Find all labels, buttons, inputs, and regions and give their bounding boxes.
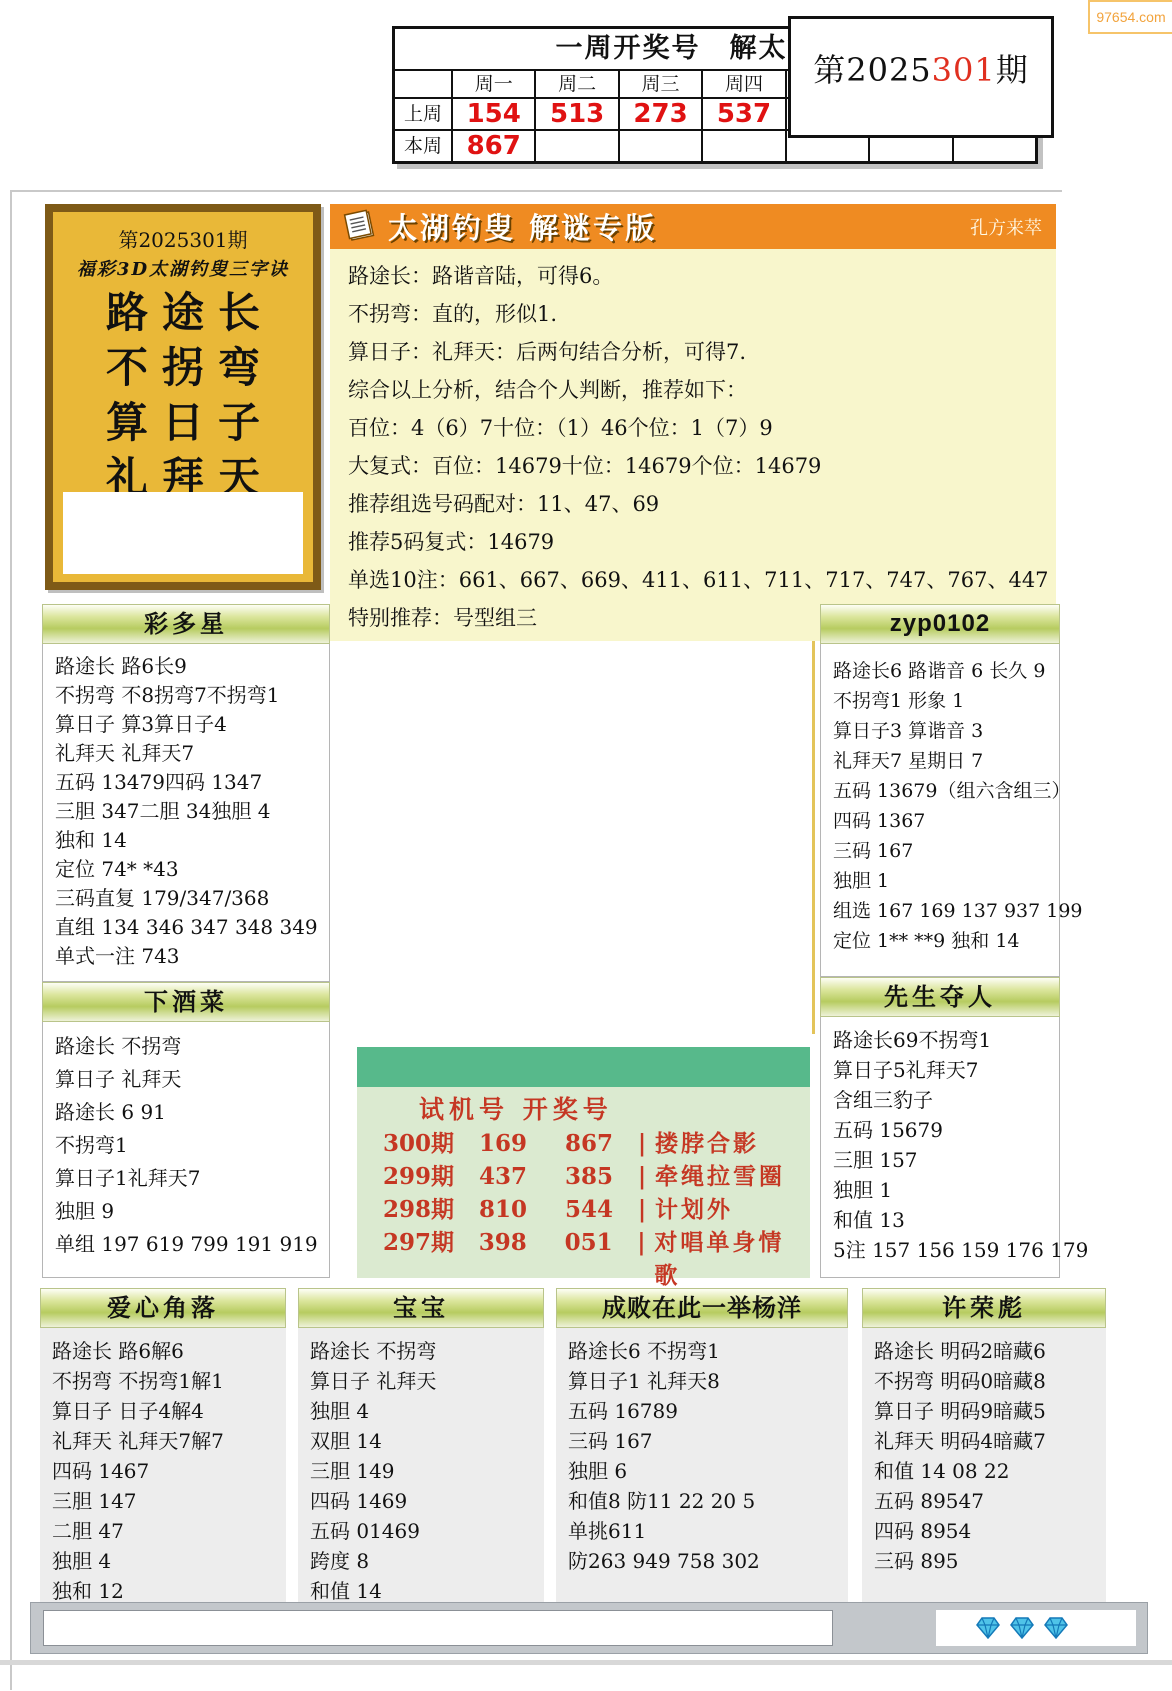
panel-zyp0102: 路途长6 路谐音 6 长久 9不拐弯1 形象 1算日子3 算谐音 3礼拜天7 星… bbox=[820, 644, 1060, 977]
panel-caiduoxing: 路途长 路6长9不拐弯 不8拐弯7不拐弯1算日子 算3算日子4礼拜天 礼拜天7五… bbox=[42, 644, 330, 982]
verse-lines: 路途长不拐弯算日子礼拜天 bbox=[53, 285, 313, 505]
panel-line: 独胆 4 bbox=[310, 1396, 534, 1426]
diamond-icon bbox=[1010, 1617, 1034, 1639]
verse-card-subtitle: 福彩3D太湖钓叟三字诀 bbox=[53, 255, 313, 281]
panel-line: 四码 8954 bbox=[874, 1516, 1096, 1546]
panel-line: 单挑611 bbox=[568, 1516, 838, 1546]
result-open-number: 544 bbox=[565, 1193, 629, 1226]
verse-line: 不拐弯 bbox=[53, 340, 313, 395]
result-open-number: 051 bbox=[565, 1226, 629, 1292]
bottom-rule-line bbox=[0, 1660, 1172, 1665]
panel-aixinjiaoluo: 路途长 路6解6不拐弯 不拐弯1解1算日子 日子4解4礼拜天 礼拜天7解7四码 … bbox=[40, 1328, 286, 1604]
panel-line: 定位 74* *43 bbox=[55, 855, 319, 884]
panel-line: 算日子 明码9暗藏5 bbox=[874, 1396, 1096, 1426]
diamond-icon bbox=[976, 1617, 1000, 1639]
panel-line: 五码 16789 bbox=[568, 1396, 838, 1426]
week-number-cell: 513 bbox=[536, 99, 619, 129]
panel-title-baobao: 宝宝 bbox=[298, 1288, 544, 1328]
analysis-line: 路途长：路谐音陆，可得6。 bbox=[348, 257, 1056, 295]
result-separator: | bbox=[628, 1226, 654, 1292]
panel-chengbai: 路途长6 不拐弯1算日子1 礼拜天8五码 16789三码 167独胆 6和值8 … bbox=[556, 1328, 848, 1604]
panel-title-aixinjiaoluo: 爱心角落 bbox=[40, 1288, 286, 1328]
result-issue: 297期 bbox=[383, 1226, 479, 1292]
analysis-line: 算日子：礼拜天：后两句结合分析，可得7. bbox=[348, 333, 1056, 371]
panel-line: 5注 157 156 159 176 179 bbox=[833, 1235, 1049, 1265]
panel-line: 三码 895 bbox=[874, 1546, 1096, 1576]
panel-line: 算日子3 算谐音 3 bbox=[833, 716, 1049, 746]
issue-prefix: 第2025 bbox=[813, 51, 931, 89]
results-row: 297期 398 051 | 对唱单身情歌 bbox=[383, 1226, 810, 1292]
panel-title-zyp0102: zyp0102 bbox=[820, 604, 1060, 644]
panel-line: 五码 01469 bbox=[310, 1516, 534, 1546]
week-number-cell bbox=[620, 131, 703, 161]
panel-line: 算日子5礼拜天7 bbox=[833, 1055, 1049, 1085]
panel-line: 独胆 9 bbox=[55, 1195, 319, 1228]
issue-suffix: 期 bbox=[996, 51, 1029, 89]
panel-title-xianshengduoren: 先生夺人 bbox=[820, 977, 1060, 1017]
panel-line: 路途长 6 91 bbox=[55, 1096, 319, 1129]
verse-line: 路途长 bbox=[53, 285, 313, 340]
analysis-line: 不拐弯：直的，形似1. bbox=[348, 295, 1056, 333]
analysis-block: 路途长：路谐音陆，可得6。不拐弯：直的，形似1.算日子：礼拜天：后两句结合分析，… bbox=[330, 249, 1056, 641]
week-number-cell bbox=[536, 131, 619, 161]
issue-highlight: 301 bbox=[932, 51, 996, 89]
panel-line: 和值8 防11 22 20 5 bbox=[568, 1486, 838, 1516]
diamond-icon bbox=[1044, 1617, 1068, 1639]
panel-line: 三码 167 bbox=[568, 1426, 838, 1456]
verse-card: 第2025301期 福彩3D太湖钓叟三字诀 路途长不拐弯算日子礼拜天 bbox=[45, 204, 321, 590]
verse-line: 算日子 bbox=[53, 395, 313, 450]
panel-xurongbiao: 路途长 明码2暗藏6不拐弯 明码0暗藏8算日子 明码9暗藏5礼拜天 明码4暗藏7… bbox=[862, 1328, 1106, 1604]
panel-line: 防263 949 758 302 bbox=[568, 1546, 838, 1576]
panel-line: 算日子 礼拜天 bbox=[310, 1366, 534, 1396]
footer-bar bbox=[30, 1602, 1148, 1654]
banner-author: 孔方来萃 bbox=[970, 214, 1042, 240]
banner-title: 太湖钓叟 解谜专版 bbox=[388, 206, 657, 247]
issue-number-box: 第2025301期 bbox=[788, 16, 1054, 138]
result-open-number: 385 bbox=[565, 1160, 629, 1193]
week-number-cell: 537 bbox=[703, 99, 786, 129]
day-header-cell: 周三 bbox=[620, 71, 703, 97]
panel-line: 独胆 1 bbox=[833, 1175, 1049, 1205]
day-header-cell: 周二 bbox=[536, 71, 619, 97]
week-number-cell: 867 bbox=[453, 131, 536, 161]
results-block: 试机号 开奖号 300期 169 867 | 搂脖合影 299期 437 385… bbox=[357, 1087, 810, 1278]
panel-line: 独胆 6 bbox=[568, 1456, 838, 1486]
panel-line: 礼拜天 礼拜天7 bbox=[55, 739, 319, 768]
verse-card-blank-area bbox=[63, 492, 303, 574]
panel-line: 算日子1 礼拜天8 bbox=[568, 1366, 838, 1396]
panel-line: 五码 13679（组六含组三） bbox=[833, 776, 1049, 806]
panel-line: 独胆 4 bbox=[52, 1546, 276, 1576]
result-note: 对唱单身情歌 bbox=[654, 1226, 810, 1292]
panel-line: 三胆 157 bbox=[833, 1145, 1049, 1175]
paper-stack-icon bbox=[342, 209, 378, 245]
week-number-cell: 154 bbox=[453, 99, 536, 129]
taihu-lottery-bulletin: 97654.com 一周开奖号 解太湖专版 周一周二周三周四周五周六周日 上周 … bbox=[0, 0, 1172, 1691]
result-test-number: 437 bbox=[479, 1160, 565, 1193]
result-separator: | bbox=[629, 1127, 655, 1160]
panel-line: 路途长 路6长9 bbox=[55, 652, 319, 681]
panel-line: 算日子 礼拜天 bbox=[55, 1063, 319, 1096]
panel-line: 不拐弯 不8拐弯7不拐弯1 bbox=[55, 681, 319, 710]
analysis-line: 推荐组选号码配对：11、47、69 bbox=[348, 485, 1056, 523]
result-note: 牵绳拉雪圈 bbox=[655, 1160, 785, 1193]
panel-line: 三胆 347二胆 34独胆 4 bbox=[55, 797, 319, 826]
results-header-bar bbox=[357, 1047, 810, 1087]
panel-line: 独胆 1 bbox=[833, 866, 1049, 896]
panel-line: 路途长 明码2暗藏6 bbox=[874, 1336, 1096, 1366]
panel-line: 五码 89547 bbox=[874, 1486, 1096, 1516]
result-open-number: 867 bbox=[565, 1127, 629, 1160]
panel-line: 三胆 149 bbox=[310, 1456, 534, 1486]
panel-line: 路途长6 路谐音 6 长久 9 bbox=[833, 656, 1049, 686]
panel-line: 五码 15679 bbox=[833, 1115, 1049, 1145]
result-test-number: 169 bbox=[479, 1127, 565, 1160]
footer-gems-box bbox=[936, 1610, 1136, 1646]
panel-line: 四码 1367 bbox=[833, 806, 1049, 836]
panel-line: 算日子 日子4解4 bbox=[52, 1396, 276, 1426]
analysis-line: 大复式：百位：14679十位：14679个位：14679 bbox=[348, 447, 1056, 485]
panel-line: 四码 1469 bbox=[310, 1486, 534, 1516]
panel-line: 三码直复 179/347/368 bbox=[55, 884, 319, 913]
panel-line: 独和 14 bbox=[55, 826, 319, 855]
result-note: 搂脖合影 bbox=[655, 1127, 759, 1160]
panel-line: 五码 13479四码 1347 bbox=[55, 768, 319, 797]
result-test-number: 810 bbox=[479, 1193, 565, 1226]
panel-xianshengduoren: 路途长69不拐弯1算日子5礼拜天7含组三豹子五码 15679三胆 157独胆 1… bbox=[820, 1017, 1060, 1278]
day-header-cell: 周四 bbox=[703, 71, 786, 97]
panel-line: 路途长 路6解6 bbox=[52, 1336, 276, 1366]
panel-line: 和值 13 bbox=[833, 1205, 1049, 1235]
main-banner: 太湖钓叟 解谜专版 孔方来萃 bbox=[330, 204, 1056, 249]
panel-line: 四码 1467 bbox=[52, 1456, 276, 1486]
results-row: 300期 169 867 | 搂脖合影 bbox=[383, 1127, 810, 1160]
week-row-label: 上周 bbox=[395, 99, 453, 129]
panel-line: 三码 167 bbox=[833, 836, 1049, 866]
panel-line: 二胆 47 bbox=[52, 1516, 276, 1546]
week-row-label: 本周 bbox=[395, 131, 453, 161]
panel-line: 礼拜天7 星期日 7 bbox=[833, 746, 1049, 776]
panel-title-xurongbiao: 许荣彪 bbox=[862, 1288, 1106, 1328]
issue-number: 第2025301期 bbox=[791, 45, 1051, 91]
result-separator: | bbox=[629, 1193, 655, 1226]
results-rows: 300期 169 867 | 搂脖合影 299期 437 385 | 牵绳拉雪圈… bbox=[383, 1127, 810, 1292]
panel-line: 不拐弯1 bbox=[55, 1129, 319, 1162]
day-header-cell: 周一 bbox=[453, 71, 536, 97]
panel-line: 路途长69不拐弯1 bbox=[833, 1025, 1049, 1055]
panel-line: 不拐弯 明码0暗藏8 bbox=[874, 1366, 1096, 1396]
week-number-cell bbox=[703, 131, 786, 161]
panel-line: 直组 134 346 347 348 349 bbox=[55, 913, 319, 942]
panel-line: 跨度 8 bbox=[310, 1546, 534, 1576]
weekly-table-corner-cell bbox=[395, 71, 453, 97]
panel-line: 礼拜天 明码4暗藏7 bbox=[874, 1426, 1096, 1456]
panel-line: 不拐弯1 形象 1 bbox=[833, 686, 1049, 716]
panel-title-xiajiucai: 下酒菜 bbox=[42, 982, 330, 1022]
analysis-line: 推荐5码复式：14679 bbox=[348, 523, 1056, 561]
panel-line: 双胆 14 bbox=[310, 1426, 534, 1456]
panel-line: 礼拜天 礼拜天7解7 bbox=[52, 1426, 276, 1456]
result-separator: | bbox=[629, 1160, 655, 1193]
result-test-number: 398 bbox=[479, 1226, 565, 1292]
panel-title-caiduoxing: 彩多星 bbox=[42, 604, 330, 644]
result-note: 计划外 bbox=[655, 1193, 733, 1226]
panel-line: 路途长 不拐弯 bbox=[55, 1030, 319, 1063]
panel-line: 组选 167 169 137 937 199 bbox=[833, 896, 1049, 926]
panel-line: 路途长 不拐弯 bbox=[310, 1336, 534, 1366]
panel-line: 单组 197 619 799 191 919 bbox=[55, 1228, 319, 1261]
results-column-header: 试机号 开奖号 bbox=[383, 1093, 810, 1127]
verse-card-issue: 第2025301期 bbox=[53, 224, 313, 253]
frame-top-border bbox=[10, 190, 1062, 192]
panel-line: 单式一注 743 bbox=[55, 942, 319, 971]
results-row: 298期 810 544 | 计划外 bbox=[383, 1193, 810, 1226]
result-issue: 298期 bbox=[383, 1193, 479, 1226]
column-divider-line bbox=[812, 604, 815, 1034]
week-number-cell: 273 bbox=[620, 99, 703, 129]
panel-line: 三胆 147 bbox=[52, 1486, 276, 1516]
panel-baobao: 路途长 不拐弯算日子 礼拜天独胆 4双胆 14三胆 149四码 1469五码 0… bbox=[298, 1328, 544, 1604]
panel-line: 和值 14 08 22 bbox=[874, 1456, 1096, 1486]
panel-line: 路途长6 不拐弯1 bbox=[568, 1336, 838, 1366]
footer-input[interactable] bbox=[43, 1610, 833, 1646]
panel-title-chengbai: 成败在此一举杨洋 bbox=[556, 1288, 848, 1328]
panel-line: 不拐弯 不拐弯1解1 bbox=[52, 1366, 276, 1396]
analysis-line: 百位：4（6）7十位：（1）46个位：1（7）9 bbox=[348, 409, 1056, 447]
panel-xiajiucai: 路途长 不拐弯算日子 礼拜天路途长 6 91不拐弯1算日子1礼拜天7独胆 9单组… bbox=[42, 1022, 330, 1278]
panel-line: 含组三豹子 bbox=[833, 1085, 1049, 1115]
panel-line: 算日子 算3算日子4 bbox=[55, 710, 319, 739]
site-watermark[interactable]: 97654.com bbox=[1088, 0, 1172, 34]
analysis-line: 综合以上分析，结合个人判断，推荐如下： bbox=[348, 371, 1056, 409]
results-row: 299期 437 385 | 牵绳拉雪圈 bbox=[383, 1160, 810, 1193]
panel-line: 定位 1** **9 独和 14 bbox=[833, 926, 1049, 956]
result-issue: 299期 bbox=[383, 1160, 479, 1193]
result-issue: 300期 bbox=[383, 1127, 479, 1160]
analysis-line: 单选10注：661、667、669、411、611、711、717、747、76… bbox=[348, 561, 1056, 599]
frame-left-border bbox=[10, 190, 12, 1690]
panel-line: 算日子1礼拜天7 bbox=[55, 1162, 319, 1195]
